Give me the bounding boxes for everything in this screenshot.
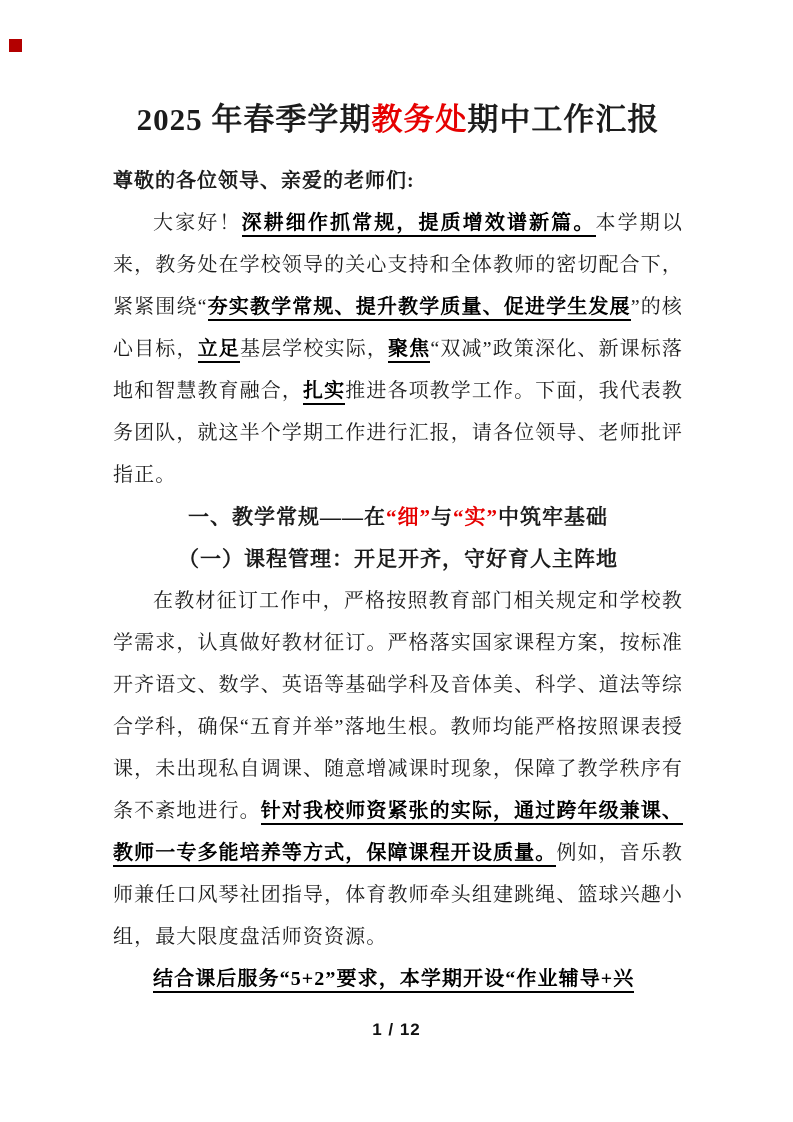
text-run: 与 <box>431 505 453 529</box>
text-run: 教务处 <box>371 102 467 137</box>
text-run: “细” <box>386 505 431 529</box>
text-run: 结合课后服务“5+2”要求，本学期开设“作业辅导+兴 <box>153 968 634 993</box>
red-corner-marker <box>9 39 22 52</box>
salutation-line: 尊敬的各位领导、亲爱的老师们: <box>113 160 683 202</box>
document-page: 2025 年春季学期教务处期中工作汇报 尊敬的各位领导、亲爱的老师们: 大家好！… <box>0 0 793 1122</box>
document-title: 2025 年春季学期教务处期中工作汇报 <box>113 98 683 142</box>
text-run: 基层学校实际， <box>240 338 388 360</box>
text-run: 中筑牢基础 <box>498 505 608 529</box>
document-content: 2025 年春季学期教务处期中工作汇报 尊敬的各位领导、亲爱的老师们: 大家好！… <box>113 0 683 1000</box>
text-run: 一、教学常规——在 <box>188 505 386 529</box>
text-run: 立足 <box>198 338 240 363</box>
text-run: 聚焦 <box>388 338 430 363</box>
text-run: 深耕细作抓常规，提质增效谱新篇。 <box>242 212 596 237</box>
text-run: 在教材征订工作中，严格按照教育部门相关规定和学校教学需求，认真做好教材征订。严格… <box>113 590 683 822</box>
section-heading: 一、教学常规——在“细”与“实”中筑牢基础 <box>113 496 683 538</box>
sub-section-heading: （一）课程管理：开足开齐，守好育人主阵地 <box>113 538 683 580</box>
text-run: （一）课程管理：开足开齐，守好育人主阵地 <box>178 547 618 571</box>
text-run: 期中工作汇报 <box>467 102 659 137</box>
body-paragraph: 大家好！深耕细作抓常规，提质增效谱新篇。本学期以来，教务处在学校领导的关心支持和… <box>113 202 683 496</box>
body-paragraph: 结合课后服务“5+2”要求，本学期开设“作业辅导+兴 <box>113 958 683 1000</box>
text-run: 夯实教学常规、提升教学质量、促进学生发展 <box>208 296 631 321</box>
text-run: “实” <box>453 505 498 529</box>
text-run: 扎实 <box>303 380 345 405</box>
page-number: 1 / 12 <box>0 1020 793 1040</box>
body-paragraph: 在教材征订工作中，严格按照教育部门相关规定和学校教学需求，认真做好教材征订。严格… <box>113 580 683 958</box>
text-run: 2025 年春季学期 <box>137 102 372 137</box>
text-run: 大家好！ <box>153 212 242 234</box>
paragraph-flow: 大家好！深耕细作抓常规，提质增效谱新篇。本学期以来，教务处在学校领导的关心支持和… <box>113 202 683 1000</box>
